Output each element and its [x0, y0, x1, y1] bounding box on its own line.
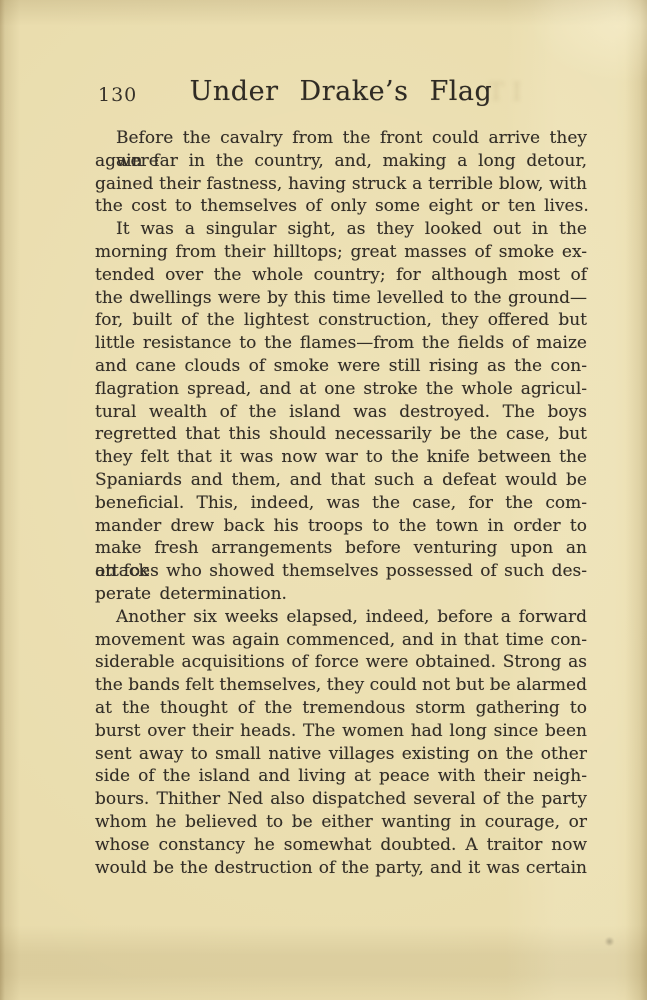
text-line: again far in the country, and, making a … — [95, 150, 587, 173]
text-line: make fresh arrangements before venturing… — [95, 537, 587, 560]
text-line: burst over their heads. The women had lo… — [95, 720, 587, 743]
text-line: the dwellings were by this time levelled… — [95, 287, 587, 310]
text-line: bours. Thither Ned also dispatched sever… — [95, 788, 587, 811]
text-line: whose constancy he somewhat doubted. A t… — [95, 834, 587, 857]
page-body: Before the cavalry from the front could … — [95, 127, 587, 879]
text-line: flagration spread, and at one stroke the… — [95, 378, 587, 401]
text-line: gained their fastness, having struck a t… — [95, 173, 587, 196]
text-line: It was a singular sight, as they looked … — [95, 218, 587, 241]
text-line: they felt that it was now war to the kni… — [95, 446, 587, 469]
paper-smudge — [604, 937, 615, 946]
text-line: regretted that this should necessarily b… — [95, 423, 587, 446]
running-title: Under Drake’s Flag — [95, 76, 587, 108]
text-line: and cane clouds of smoke were still risi… — [95, 355, 587, 378]
text-line: tended over the whole country; for altho… — [95, 264, 587, 287]
text-line: Before the cavalry from the front could … — [95, 127, 587, 150]
text-line: tural wealth of the island was destroyed… — [95, 401, 587, 424]
text-line: side of the island and living at peace w… — [95, 765, 587, 788]
text-line: on foes who showed themselves possessed … — [95, 560, 587, 583]
text-line: little resistance to the flames—from the… — [95, 332, 587, 355]
text-line: movement was again commenced, and in tha… — [95, 629, 587, 652]
page-header: 130 Under Drake’s Flag — [95, 76, 587, 112]
text-line: for, built of the lightest construction,… — [95, 309, 587, 332]
text-line: Another six weeks elapsed, indeed, befor… — [95, 606, 587, 629]
text-line: siderable acquisitions of force were obt… — [95, 651, 587, 674]
text-line: sent away to small native villages exist… — [95, 743, 587, 766]
book-page: TI 130 Under Drake’s Flag Before the cav… — [0, 0, 647, 1000]
text-line: perate determination. — [95, 583, 587, 606]
text-line: the bands felt themselves, they could no… — [95, 674, 587, 697]
text-line: the cost to themselves of only some eigh… — [95, 195, 587, 218]
text-line: whom he believed to be either wanting in… — [95, 811, 587, 834]
text-line: at the thought of the tremendous storm g… — [95, 697, 587, 720]
text-line: mander drew back his troops to the town … — [95, 515, 587, 538]
text-line: morning from their hilltops; great masse… — [95, 241, 587, 264]
text-line: Spaniards and them, and that such a defe… — [95, 469, 587, 492]
text-line: would be the destruction of the party, a… — [95, 857, 587, 880]
text-line: beneficial. This, indeed, was the case, … — [95, 492, 587, 515]
